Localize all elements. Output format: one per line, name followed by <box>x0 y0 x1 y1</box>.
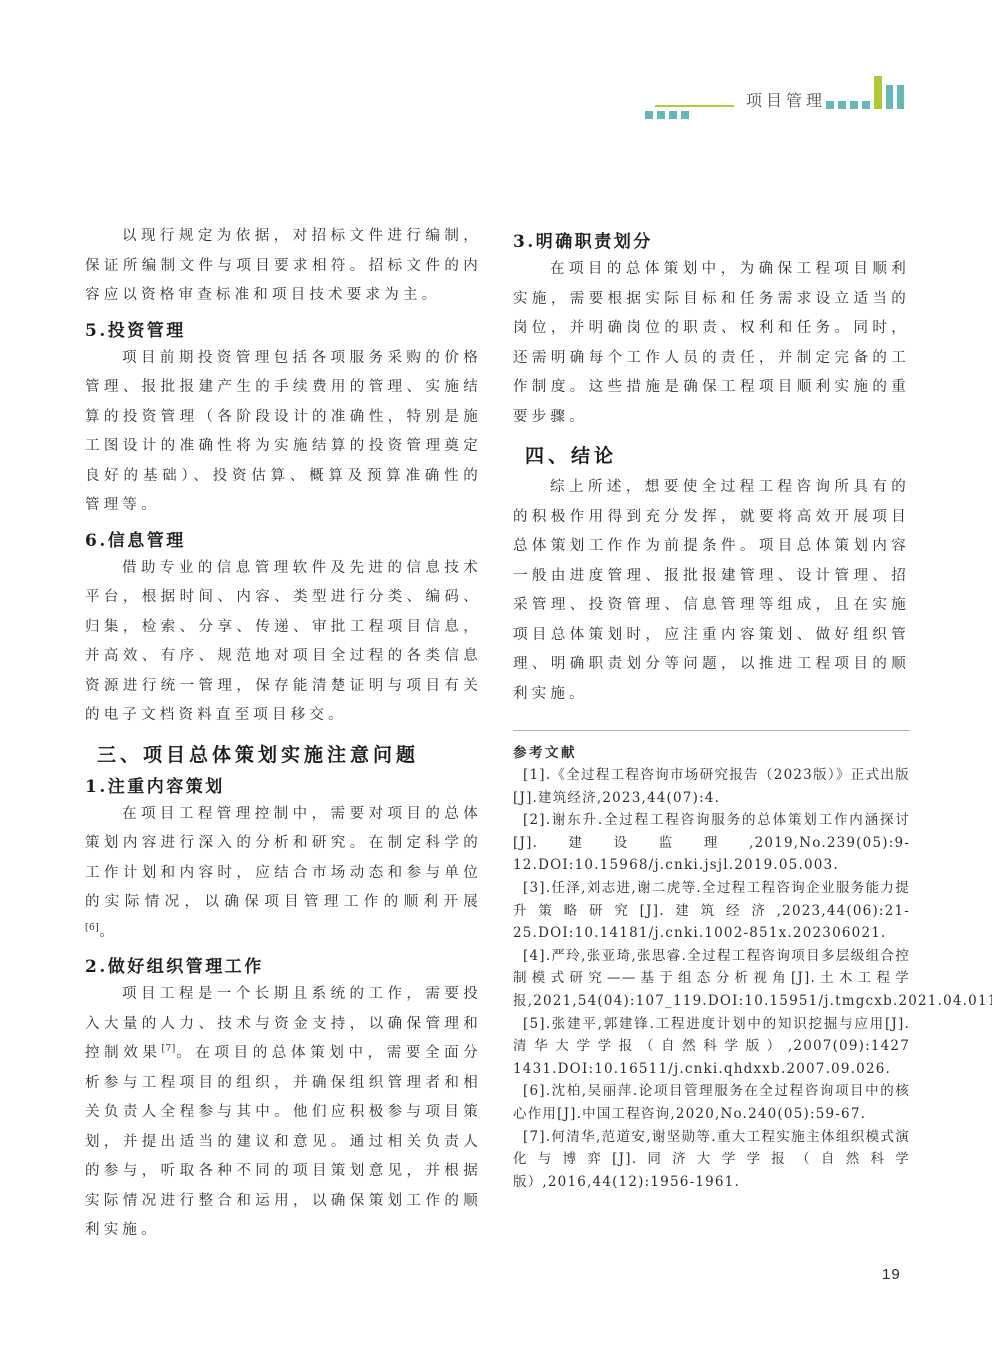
header-accent-line <box>655 105 734 107</box>
square-icon <box>657 111 665 119</box>
right-column: 3.明确职责划分 在项目的总体策划中，为确保工程项目顺利实施，需要根据实际目标和… <box>513 222 910 1193</box>
journal-page: 项目管理 以现行规定为依据，对招标文件进行编制，保证所编制文件与项目要求相符。招… <box>0 0 992 1347</box>
reference-item: [1].《全过程工程咨询市场研究报告（2023版）》正式出版[J].建筑经济,2… <box>513 764 910 809</box>
square-icon <box>850 101 858 109</box>
subsection-heading: 5.投资管理 <box>85 316 482 341</box>
subsection-heading: 2.做好组织管理工作 <box>85 952 482 977</box>
reference-item: [5].张建平,郭建锋.工程进度计划中的知识挖掘与应用[J].清华大学学报（自然… <box>513 1013 910 1081</box>
paragraph: 借助专业的信息管理软件及先进的信息技术平台，根据时间、内容、类型进行分类、编码、… <box>85 554 482 731</box>
reference-item: [6].沈柏,吴丽萍.论项目管理服务在全过程咨询项目中的核心作用[J].中国工程… <box>513 1080 910 1125</box>
references-title: 参考文献 <box>513 741 910 761</box>
paragraph: 以现行规定为依据，对招标文件进行编制，保证所编制文件与项目要求相符。招标文件的内… <box>85 222 482 311</box>
bar-icon <box>874 76 882 109</box>
section-heading: 三、项目总体策划实施注意问题 <box>85 740 482 767</box>
paragraph: 项目前期投资管理包括各项服务采购的价格管理、报批报建产生的手续费用的管理、实施结… <box>85 344 482 521</box>
subsection-heading: 1.注重内容策划 <box>85 772 482 797</box>
column-divider <box>513 730 910 731</box>
left-column: 以现行规定为依据，对招标文件进行编制，保证所编制文件与项目要求相符。招标文件的内… <box>85 222 482 1246</box>
section-heading: 四、结论 <box>513 441 910 468</box>
reference-item: [2].谢东升.全过程工程咨询服务的总体策划工作内涵探讨[J].建设监理,201… <box>513 809 910 877</box>
citation-marker: [7] <box>162 1044 176 1054</box>
bar-icon <box>886 85 893 109</box>
square-icon <box>645 111 653 119</box>
paragraph-text: 。 <box>99 924 118 940</box>
reference-item: [7].何清华,范道安,谢坚勋等.重大工程实施主体组织模式演化与博弈[J].同济… <box>513 1126 910 1194</box>
bar-icon <box>897 85 904 109</box>
bar-chart-decoration <box>826 76 904 109</box>
page-number: 19 <box>882 1266 901 1283</box>
square-icon <box>862 101 870 109</box>
square-icon <box>838 101 846 109</box>
reference-item: [3].任泽,刘志进,谢二虎等.全过程工程咨询企业服务能力提升策略研究[J].建… <box>513 877 910 945</box>
reference-item: [4].严玲,张亚琦,张思睿.全过程工程咨询项目多层级组合控制模式研究——基于组… <box>513 945 910 1013</box>
paragraph: 在项目的总体策划中，为确保工程项目顺利实施，需要根据实际目标和任务需求设立适当的… <box>513 255 910 432</box>
square-icon <box>826 101 834 109</box>
square-icon <box>681 111 689 119</box>
paragraph-text: 。在项目的总体策划中，需要全面分析参与工程项目的组织，并确保组织管理者和相关负责… <box>85 1045 482 1238</box>
paragraph: 综上所述，想要使全过程工程咨询所具有的的积极作用得到充分发挥，就要将高效开展项目… <box>513 473 910 709</box>
square-icon <box>669 111 677 119</box>
subsection-heading: 3.明确职责划分 <box>513 227 910 252</box>
paragraph-text: 在项目工程管理控制中，需要对项目的总体策划内容进行深入的分析和研究。在制定科学的… <box>85 806 482 911</box>
section-label: 项目管理 <box>746 88 826 111</box>
subsection-heading: 6.信息管理 <box>85 526 482 551</box>
header-squares-decoration <box>645 111 689 119</box>
paragraph: 在项目工程管理控制中，需要对项目的总体策划内容进行深入的分析和研究。在制定科学的… <box>85 800 482 948</box>
citation-marker: [6] <box>85 923 99 933</box>
paragraph: 项目工程是一个长期且系统的工作，需要投入大量的人力、技术与资金支持，以确保管理和… <box>85 980 482 1246</box>
